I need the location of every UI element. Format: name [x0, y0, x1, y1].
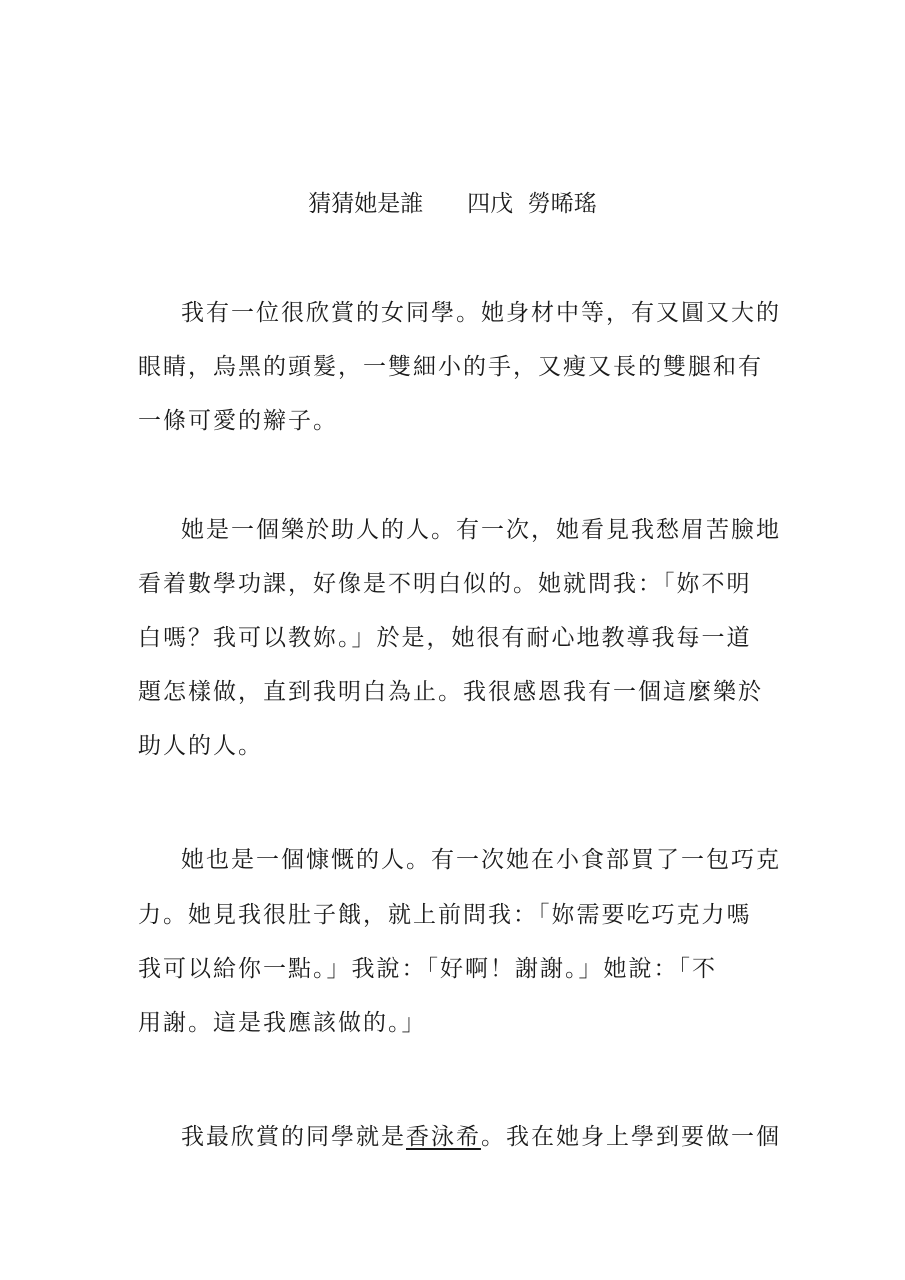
paragraph-1-line-1: 我有一位很欣賞的女同學。她身材中等，有又圓又大的: [181, 295, 821, 331]
paragraph-2-line-2: 看着數學功課，好像是不明白似的。她就問我：「妳不明: [138, 566, 778, 602]
paragraph-2-line-1: 她是一個樂於助人的人。有一次，她看見我愁眉苦臉地: [181, 512, 821, 548]
author-name: 勞晞瑤: [528, 191, 597, 217]
class-name: 四戊: [467, 191, 513, 217]
paragraph-2-line-4: 題怎樣做，直到我明白為止。我很感恩我有一個這麼樂於: [138, 674, 778, 710]
paragraph-4-line-1: 我最欣賞的同學就是香泳希。我在她身上學到要做一個: [181, 1119, 821, 1155]
paragraph-1-line-2: 眼睛，烏黑的頭髮，一雙細小的手，又瘦又長的雙腿和有: [138, 349, 778, 385]
essay-title: 猜猜她是誰: [308, 191, 423, 217]
paragraph-3-line-1: 她也是一個慷慨的人。有一次她在小食部買了一包巧克: [181, 842, 821, 878]
paragraph-3-line-2: 力。她見我很肚子餓，就上前問我：「妳需要吃巧克力嗎: [138, 897, 778, 933]
document-title-line: 猜猜她是誰 四戊 勞晞瑤: [0, 186, 905, 222]
paragraph-3-line-4: 用謝。這是我應該做的。」: [138, 1005, 778, 1041]
paragraph-3-line-3: 我可以給你一點。」我說：「好啊！謝謝。」她說：「不: [138, 951, 778, 987]
paragraph-2-line-3: 白嗎？我可以教妳。」於是，她很有耐心地教導我每一道: [138, 620, 778, 656]
paragraph-1-line-3: 一條可愛的辮子。: [138, 403, 778, 439]
paragraph-4-text-after: 。我在她身上學到要做一個: [481, 1124, 781, 1150]
document-page: 猜猜她是誰 四戊 勞晞瑤 我有一位很欣賞的女同學。她身材中等，有又圓又大的 眼睛…: [0, 0, 905, 1280]
underlined-student-name: 香泳希: [406, 1124, 481, 1150]
paragraph-2-line-5: 助人的人。: [138, 728, 778, 764]
paragraph-4-text-before: 我最欣賞的同學就是: [181, 1124, 406, 1150]
